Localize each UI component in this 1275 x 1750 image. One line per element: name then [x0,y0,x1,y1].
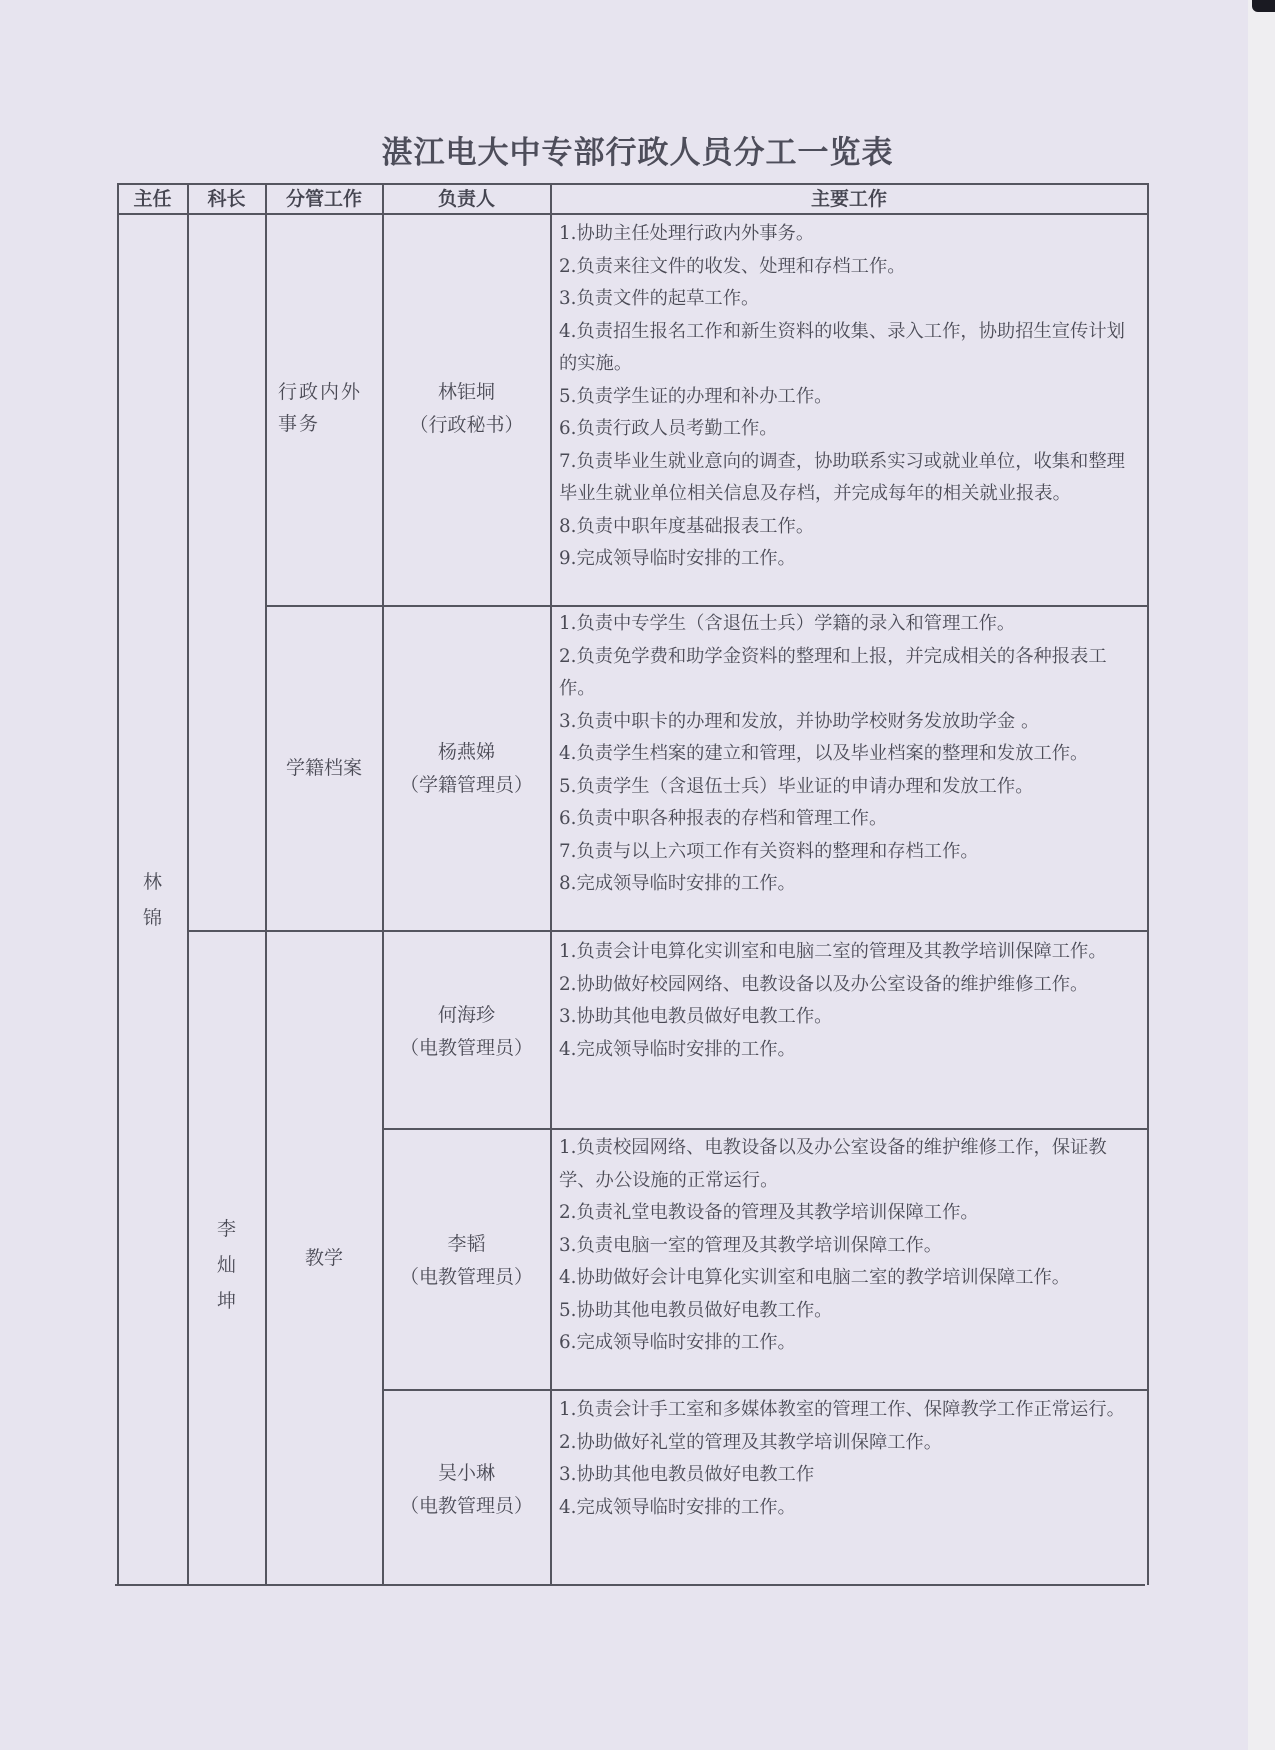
table-bottom-border [115,1584,1145,1586]
duty-item: 4.负责学生档案的建立和管理，以及毕业档案的整理和发放工作。 [559,738,1143,771]
duty-item: 4.协助做好会计电算化实训室和电脑二室的教学培训保障工作。 [559,1262,1143,1295]
duty-item: 2.协助做好礼堂的管理及其教学培训保障工作。 [559,1427,1143,1460]
header-section-chief: 科长 [188,184,265,213]
duty-item: 6.负责行政人员考勤工作。 [559,413,1143,446]
duty-item: 8.负责中职年度基础报表工作。 [559,511,1143,544]
scan-edge [1248,0,1275,1750]
duties-lin-juxiong: 1.协助主任处理行政内外事务。 2.负责来往文件的收发、处理和存档工作。 3.负… [559,218,1143,576]
area-student-records: 学籍档案 [266,752,382,784]
header-area: 分管工作 [266,184,382,213]
area-admin-affairs: 行政内外 事务 [278,376,378,440]
duty-item: 5.协助其他电教员做好电教工作。 [559,1295,1143,1328]
header-director: 主任 [118,184,187,213]
duties-li-tao: 1.负责校园网络、电教设备以及办公室设备的维护维修工作，保证教学、办公设施的正常… [559,1132,1143,1360]
col-divider [187,183,189,1585]
col-divider [550,183,552,1585]
duty-item: 4.完成领导临时安排的工作。 [559,1034,1143,1067]
duty-item: 4.负责招生报名工作和新生资料的收集、录入工作，协助招生宣传计划的实施。 [559,316,1143,381]
row-divider [266,605,1148,607]
duty-item: 5.负责学生证的办理和补办工作。 [559,381,1143,414]
header-bottom-border [117,213,1149,215]
duty-item: 6.完成领导临时安排的工作。 [559,1327,1143,1360]
duty-item: 2.负责免学费和助学金资料的整理和上报，并完成相关的各种报表工作。 [559,641,1143,706]
scan-corner [1252,0,1275,12]
duty-item: 3.协助其他电教员做好电教工作 [559,1459,1143,1492]
area-teaching: 教学 [266,1242,382,1274]
duty-item: 7.负责毕业生就业意向的调查，协助联系实习或就业单位，收集和整理毕业生就业单位相… [559,446,1143,511]
duty-item: 3.负责文件的起草工作。 [559,283,1143,316]
duty-item: 6.负责中职各种报表的存档和管理工作。 [559,803,1143,836]
duty-item: 1.负责会计手工室和多媒体教室的管理工作、保障教学工作正常运行。 [559,1394,1143,1427]
person-he-haizhen: 何海珍 （电教管理员） [383,997,550,1067]
row-divider [383,1389,1148,1391]
col-divider [265,183,267,1585]
duty-item: 4.完成领导临时安排的工作。 [559,1492,1143,1525]
row-divider [383,1128,1148,1130]
duty-item: 1.负责会计电算化实训室和电脑二室的管理及其教学培训保障工作。 [559,936,1143,969]
duties-wu-xiaolin: 1.负责会计手工室和多媒体教室的管理工作、保障教学工作正常运行。 2.协助做好礼… [559,1394,1143,1524]
header-person-in-charge: 负责人 [383,184,550,213]
person-wu-xiaolin: 吴小琳 （电教管理员） [383,1455,550,1525]
duties-yang-yandi: 1.负责中专学生（含退伍士兵）学籍的录入和管理工作。 2.负责免学费和助学金资料… [559,608,1143,901]
person-li-tao: 李韬 （电教管理员） [383,1226,550,1296]
duty-item: 8.完成领导临时安排的工作。 [559,868,1143,901]
duty-item: 2.负责礼堂电教设备的管理及其教学培训保障工作。 [559,1197,1143,1230]
duty-item: 3.协助其他电教员做好电教工作。 [559,1001,1143,1034]
director-name: 林 锦 [118,860,187,940]
duty-item: 2.负责来往文件的收发、处理和存档工作。 [559,251,1143,284]
section-chief-name: 李 灿 坤 [188,1210,265,1320]
duty-item: 9.完成领导临时安排的工作。 [559,543,1143,576]
header-main-duties: 主要工作 [551,184,1147,213]
duty-item: 1.负责校园网络、电教设备以及办公室设备的维护维修工作，保证教学、办公设施的正常… [559,1132,1143,1197]
person-lin-juxiong: 林钜垌 （行政秘书） [383,374,550,444]
duty-item: 7.负责与以上六项工作有关资料的整理和存档工作。 [559,836,1143,869]
page-title: 湛江电大中专部行政人员分工一览表 [0,127,1275,172]
duties-he-haizhen: 1.负责会计电算化实训室和电脑二室的管理及其教学培训保障工作。 2.协助做好校园… [559,936,1143,1066]
duty-item: 3.负责电脑一室的管理及其教学培训保障工作。 [559,1230,1143,1263]
col-divider [1147,183,1149,1585]
duty-item: 3.负责中职卡的办理和发放，并协助学校财务发放助学金 。 [559,706,1143,739]
duty-item: 2.协助做好校园网络、电教设备以及办公室设备的维护维修工作。 [559,969,1143,1002]
duty-item: 1.协助主任处理行政内外事务。 [559,218,1143,251]
row-divider [188,930,1148,932]
person-yang-yandi: 杨燕娣 （学籍管理员） [383,734,550,804]
duty-item: 5.负责学生（含退伍士兵）毕业证的申请办理和发放工作。 [559,771,1143,804]
duty-item: 1.负责中专学生（含退伍士兵）学籍的录入和管理工作。 [559,608,1143,641]
